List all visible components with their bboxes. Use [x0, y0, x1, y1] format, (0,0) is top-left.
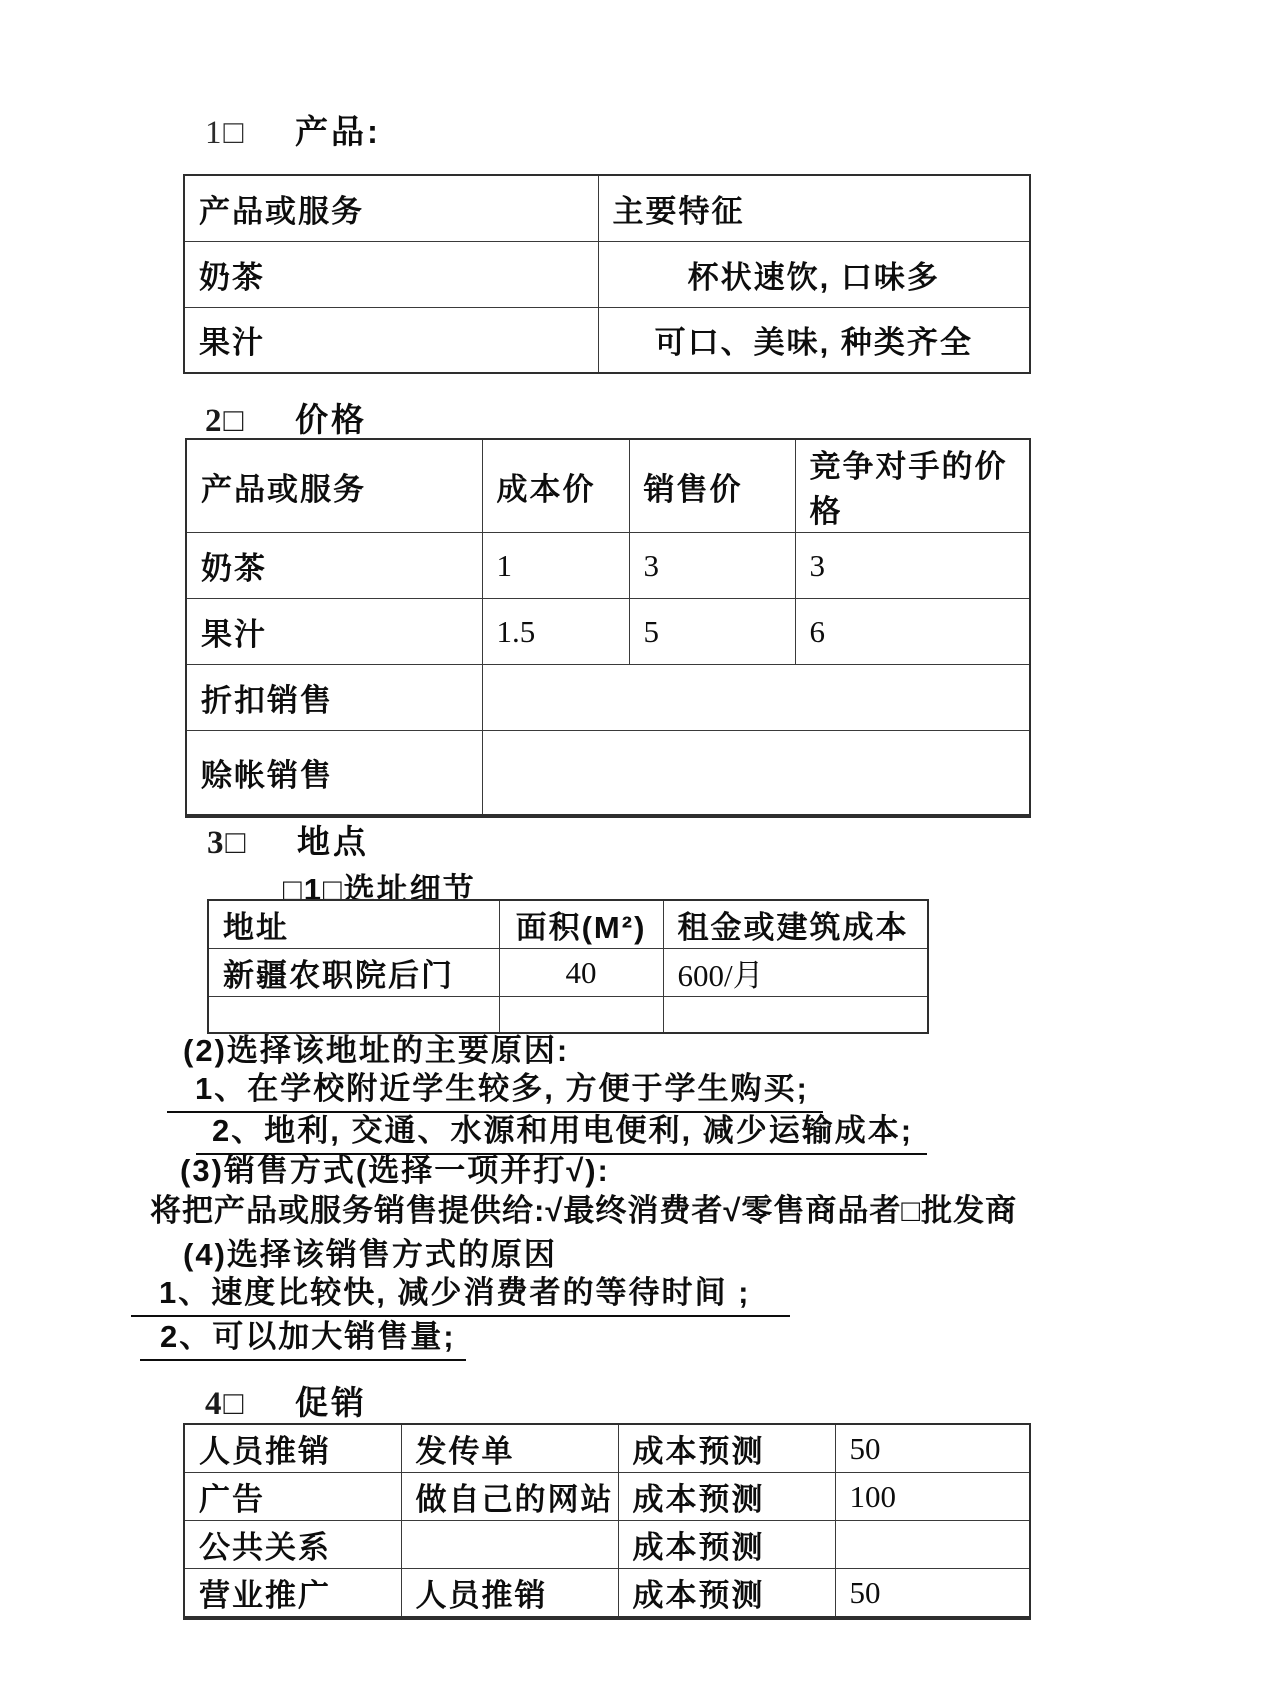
sales-method-heading: (3)销售方式(选择一项并打√):	[180, 1152, 610, 1190]
section-heading-price: 2□价格	[205, 400, 367, 440]
table-cell: 成本预测	[618, 1424, 835, 1473]
table-cell: 1	[482, 533, 629, 599]
table-row: 折扣销售	[186, 665, 1030, 731]
location-table: 地址 面积(M²) 租金或建筑成本 新疆农职院后门 40 600/月	[207, 899, 929, 1034]
table-cell: 人员推销	[401, 1569, 618, 1619]
header-rent-cost: 租金或建筑成本	[663, 900, 928, 949]
table-cell-empty	[663, 997, 928, 1033]
table-cell: 1.5	[482, 599, 629, 665]
table-cell: 公共关系	[184, 1521, 401, 1569]
table-cell: 做自己的网站	[401, 1473, 618, 1521]
section-heading-promotion: 4□促销	[205, 1383, 367, 1423]
table-cell: 杯状速饮, 口味多	[598, 241, 1030, 307]
sales-reason-1: 1、速度比较快, 减少消费者的等待时间 ;	[131, 1274, 790, 1317]
table-row	[208, 997, 928, 1033]
table-cell: 3	[629, 533, 795, 599]
table-cell-empty	[401, 1521, 618, 1569]
promotion-table: 人员推销 发传单 成本预测 50 广告 做自己的网站 成本预测 100 公共关系…	[183, 1423, 1031, 1620]
products-table: 产品或服务 主要特征 奶茶 杯状速饮, 口味多 果汁 可口、美味, 种类齐全	[183, 174, 1031, 374]
sales-reason-2: 2、可以加大销售量;	[140, 1318, 466, 1361]
table-cell: 40	[499, 949, 663, 997]
table-cell: 果汁	[186, 599, 482, 665]
table-cell: 5	[629, 599, 795, 665]
table-cell: 奶茶	[186, 533, 482, 599]
table-cell: 3	[795, 533, 1030, 599]
sales-method-detail: 将把产品或服务销售提供给:√最终消费者√零售商品者□批发商	[150, 1192, 1017, 1230]
address-reason-heading: (2)选择该地址的主要原因:	[183, 1032, 569, 1070]
address-reason-1: 1、在学校附近学生较多, 方便于学生购买;	[167, 1070, 823, 1113]
section-number: 2□	[205, 401, 295, 441]
table-row: 果汁 可口、美味, 种类齐全	[184, 307, 1030, 373]
underlined-text: 2、地利, 交通、水源和用电便利, 减少运输成本;	[196, 1112, 927, 1155]
products-header-row: 产品或服务 主要特征	[184, 175, 1030, 241]
header-competitor-price: 竞争对手的价格	[795, 439, 1030, 533]
table-cell: 折扣销售	[186, 665, 482, 731]
table-cell: 50	[835, 1424, 1030, 1473]
table-cell: 果汁	[184, 307, 598, 373]
section-title: 产品:	[295, 113, 381, 150]
section-title: 地点	[297, 823, 369, 860]
table-cell-empty	[835, 1521, 1030, 1569]
section-number: 4□	[205, 1384, 295, 1424]
table-cell-empty	[482, 665, 1030, 731]
table-cell-empty	[499, 997, 663, 1033]
table-cell: 奶茶	[184, 241, 598, 307]
section-heading-products: 1□产品:	[205, 112, 381, 152]
table-row: 公共关系 成本预测	[184, 1521, 1030, 1569]
section-title: 促销	[295, 1384, 367, 1421]
table-cell: 50	[835, 1569, 1030, 1619]
section-title: 价格	[295, 401, 367, 438]
header-address: 地址	[208, 900, 499, 949]
table-cell: 新疆农职院后门	[208, 949, 499, 997]
table-row: 人员推销 发传单 成本预测 50	[184, 1424, 1030, 1473]
table-cell: 赊帐销售	[186, 731, 482, 816]
header-product-or-service: 产品或服务	[186, 439, 482, 533]
table-cell: 成本预测	[618, 1473, 835, 1521]
section-number: 3□	[207, 823, 297, 863]
table-cell: 成本预测	[618, 1569, 835, 1619]
header-product-or-service: 产品或服务	[184, 175, 598, 241]
table-cell: 人员推销	[184, 1424, 401, 1473]
price-header-row: 产品或服务 成本价 销售价 竞争对手的价格	[186, 439, 1030, 533]
table-cell: 发传单	[401, 1424, 618, 1473]
price-table: 产品或服务 成本价 销售价 竞争对手的价格 奶茶 1 3 3 果汁 1.5 5 …	[185, 438, 1031, 818]
table-cell: 成本预测	[618, 1521, 835, 1569]
sales-reason-heading: (4)选择该销售方式的原因	[183, 1236, 557, 1274]
table-cell: 600/月	[663, 949, 928, 997]
header-area: 面积(M²)	[499, 900, 663, 949]
table-row: 奶茶 1 3 3	[186, 533, 1030, 599]
table-cell-empty	[208, 997, 499, 1033]
table-cell: 6	[795, 599, 1030, 665]
document-page: 1□产品: 产品或服务 主要特征 奶茶 杯状速饮, 口味多 果汁 可口、美味, …	[0, 0, 1280, 1707]
location-header-row: 地址 面积(M²) 租金或建筑成本	[208, 900, 928, 949]
table-row: 果汁 1.5 5 6	[186, 599, 1030, 665]
table-cell: 100	[835, 1473, 1030, 1521]
table-row: 赊帐销售	[186, 731, 1030, 816]
table-cell: 可口、美味, 种类齐全	[598, 307, 1030, 373]
header-sale-price: 销售价	[629, 439, 795, 533]
table-cell-empty	[482, 731, 1030, 816]
table-row: 奶茶 杯状速饮, 口味多	[184, 241, 1030, 307]
table-row: 新疆农职院后门 40 600/月	[208, 949, 928, 997]
table-cell: 营业推广	[184, 1569, 401, 1619]
header-cost-price: 成本价	[482, 439, 629, 533]
table-cell: 广告	[184, 1473, 401, 1521]
section-heading-location: 3□地点	[207, 822, 369, 862]
table-row: 营业推广 人员推销 成本预测 50	[184, 1569, 1030, 1619]
header-main-features: 主要特征	[598, 175, 1030, 241]
address-reason-2: 2、地利, 交通、水源和用电便利, 减少运输成本;	[196, 1112, 927, 1155]
underlined-text: 1、速度比较快, 减少消费者的等待时间 ;	[131, 1274, 790, 1317]
table-row: 广告 做自己的网站 成本预测 100	[184, 1473, 1030, 1521]
underlined-text: 1、在学校附近学生较多, 方便于学生购买;	[167, 1070, 823, 1113]
section-number: 1□	[205, 113, 295, 153]
underlined-text: 2、可以加大销售量;	[140, 1318, 466, 1361]
